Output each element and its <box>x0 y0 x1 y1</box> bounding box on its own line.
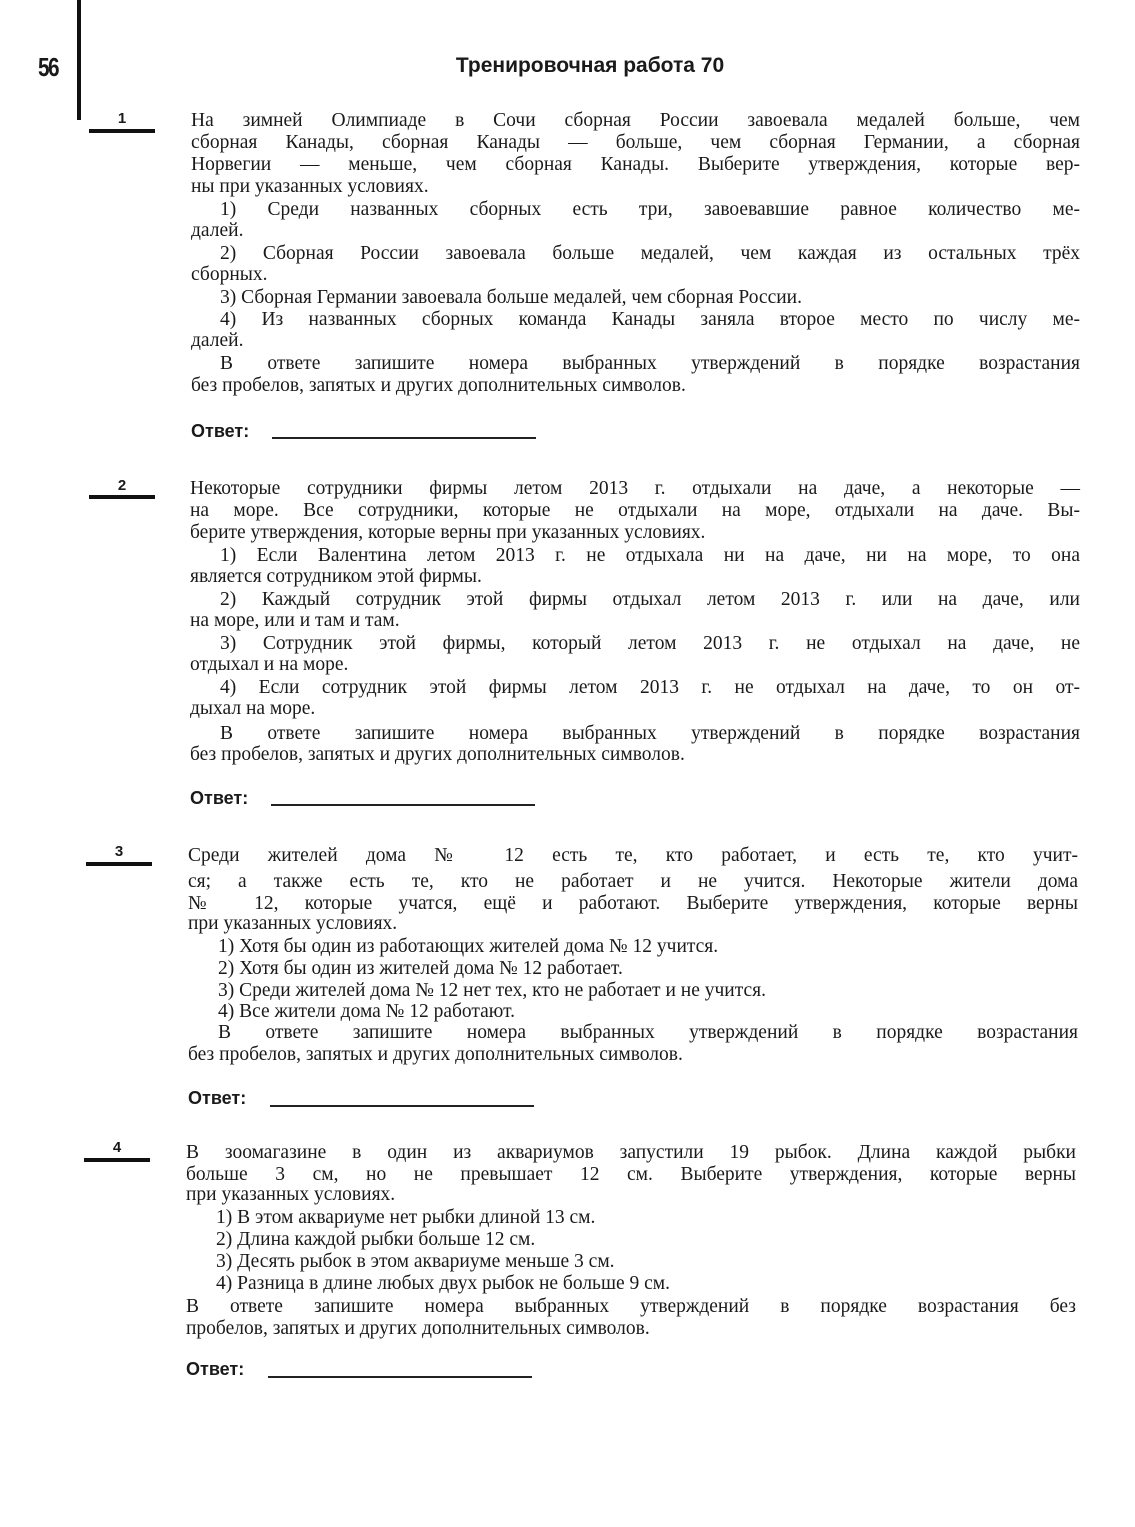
option-3: 3) Среди жителей дома № 12 нет тех, кто … <box>218 980 766 1002</box>
option-1: 1) Хотя бы один из работающих жителей до… <box>218 936 718 958</box>
answer-label: Ответ: <box>190 788 248 809</box>
task-text-line: на море. Все сотрудники, которые не отды… <box>190 500 1080 522</box>
task-number: 2 <box>89 477 155 494</box>
task-text-line: Некоторые сотрудники фирмы летом 2013 г.… <box>190 478 1080 500</box>
task-text-line: В зоомагазине в один из аквариумов запус… <box>186 1142 1076 1164</box>
instruction-text: В ответе запишите номера выбранных утвер… <box>218 1022 1078 1044</box>
task-text-line: при указанных условиях. <box>188 913 397 935</box>
option-1: 1) Если Валентина летом 2013 г. не отдых… <box>220 545 1080 567</box>
option-1-cont: является сотрудником этой фирмы. <box>190 566 482 588</box>
task-text-line: берите утверждения, которые верны при ук… <box>190 522 705 544</box>
task-text-line: сборная Канады, сборная Канады — больше,… <box>191 132 1080 154</box>
option-4: 4) Все жители дома № 12 работают. <box>218 1001 515 1023</box>
task-text-line: Норвегии — меньше, чем сборная Канады. В… <box>191 154 1080 176</box>
option-4: 4) Если сотрудник этой фирмы летом 2013 … <box>220 677 1080 699</box>
task-number-bar <box>86 862 152 866</box>
instruction-text: В ответе запишите номера выбранных утвер… <box>186 1296 1076 1318</box>
task-number: 4 <box>84 1139 150 1156</box>
option-3: 3) Десять рыбок в этом аквариуме меньше … <box>216 1251 615 1273</box>
task-number-bar <box>84 1158 150 1162</box>
option-2: 2) Каждый сотрудник этой фирмы отдыхал л… <box>220 589 1080 611</box>
task-text-line: ны при указанных условиях. <box>191 176 429 198</box>
answer-label: Ответ: <box>188 1088 246 1109</box>
option-3: 3) Сборная Германии завоевала больше мед… <box>220 287 802 309</box>
task-text-line: Среди жителей дома № 12 есть те, кто раб… <box>188 845 1078 867</box>
page-title: Тренировочная работа 70 <box>0 54 1135 78</box>
task-number: 1 <box>89 110 155 127</box>
option-2: 2) Хотя бы один из жителей дома № 12 раб… <box>218 958 623 980</box>
option-4-cont: далей. <box>191 330 243 352</box>
option-2-cont: на море, или и там и там. <box>190 610 400 632</box>
option-4: 4) Из названных сборных команда Канады з… <box>220 309 1080 331</box>
task-number: 3 <box>86 843 152 860</box>
instruction-text: без пробелов, запятых и других дополните… <box>190 744 685 766</box>
option-4: 4) Разница в длине любых двух рыбок не б… <box>216 1273 670 1295</box>
answer-field[interactable] <box>268 1376 532 1378</box>
task-number-bar <box>89 495 155 499</box>
option-3-cont: отдыхал и на море. <box>190 654 348 676</box>
task-text-line: при указанных условиях. <box>186 1184 395 1206</box>
answer-field[interactable] <box>272 437 536 439</box>
instruction-text: В ответе запишите номера выбранных утвер… <box>220 723 1080 745</box>
task-number-bar <box>89 129 155 133</box>
instruction-text: В ответе запишите номера выбранных утвер… <box>220 353 1080 375</box>
option-1-cont: далей. <box>191 220 243 242</box>
answer-label: Ответ: <box>186 1359 244 1380</box>
task-text-line: ся; а также есть те, кто не работает и н… <box>188 871 1078 893</box>
task-text-line: больше 3 см, но не превышает 12 см. Выбе… <box>186 1164 1076 1186</box>
task-text-line: № 12, которые учатся, ещё и работают. Вы… <box>188 893 1078 915</box>
option-2: 2) Сборная России завоевала больше медал… <box>220 243 1080 265</box>
answer-field[interactable] <box>271 804 535 806</box>
task-text-line: На зимней Олимпиаде в Сочи сборная Росси… <box>191 110 1080 132</box>
instruction-text: без пробелов, запятых и других дополните… <box>188 1044 683 1066</box>
option-1: 1) Среди названных сборных есть три, зав… <box>220 199 1080 221</box>
instruction-text: без пробелов, запятых и других дополните… <box>191 375 686 397</box>
option-2-cont: сборных. <box>191 264 267 286</box>
option-1: 1) В этом аквариуме нет рыбки длиной 13 … <box>216 1207 595 1229</box>
option-3: 3) Сотрудник этой фирмы, который летом 2… <box>220 633 1080 655</box>
answer-label: Ответ: <box>191 421 249 442</box>
option-4-cont: дыхал на море. <box>190 698 315 720</box>
option-2: 2) Длина каждой рыбки больше 12 см. <box>216 1229 535 1251</box>
answer-field[interactable] <box>270 1105 534 1107</box>
instruction-text: пробелов, запятых и других дополнительны… <box>186 1318 650 1340</box>
